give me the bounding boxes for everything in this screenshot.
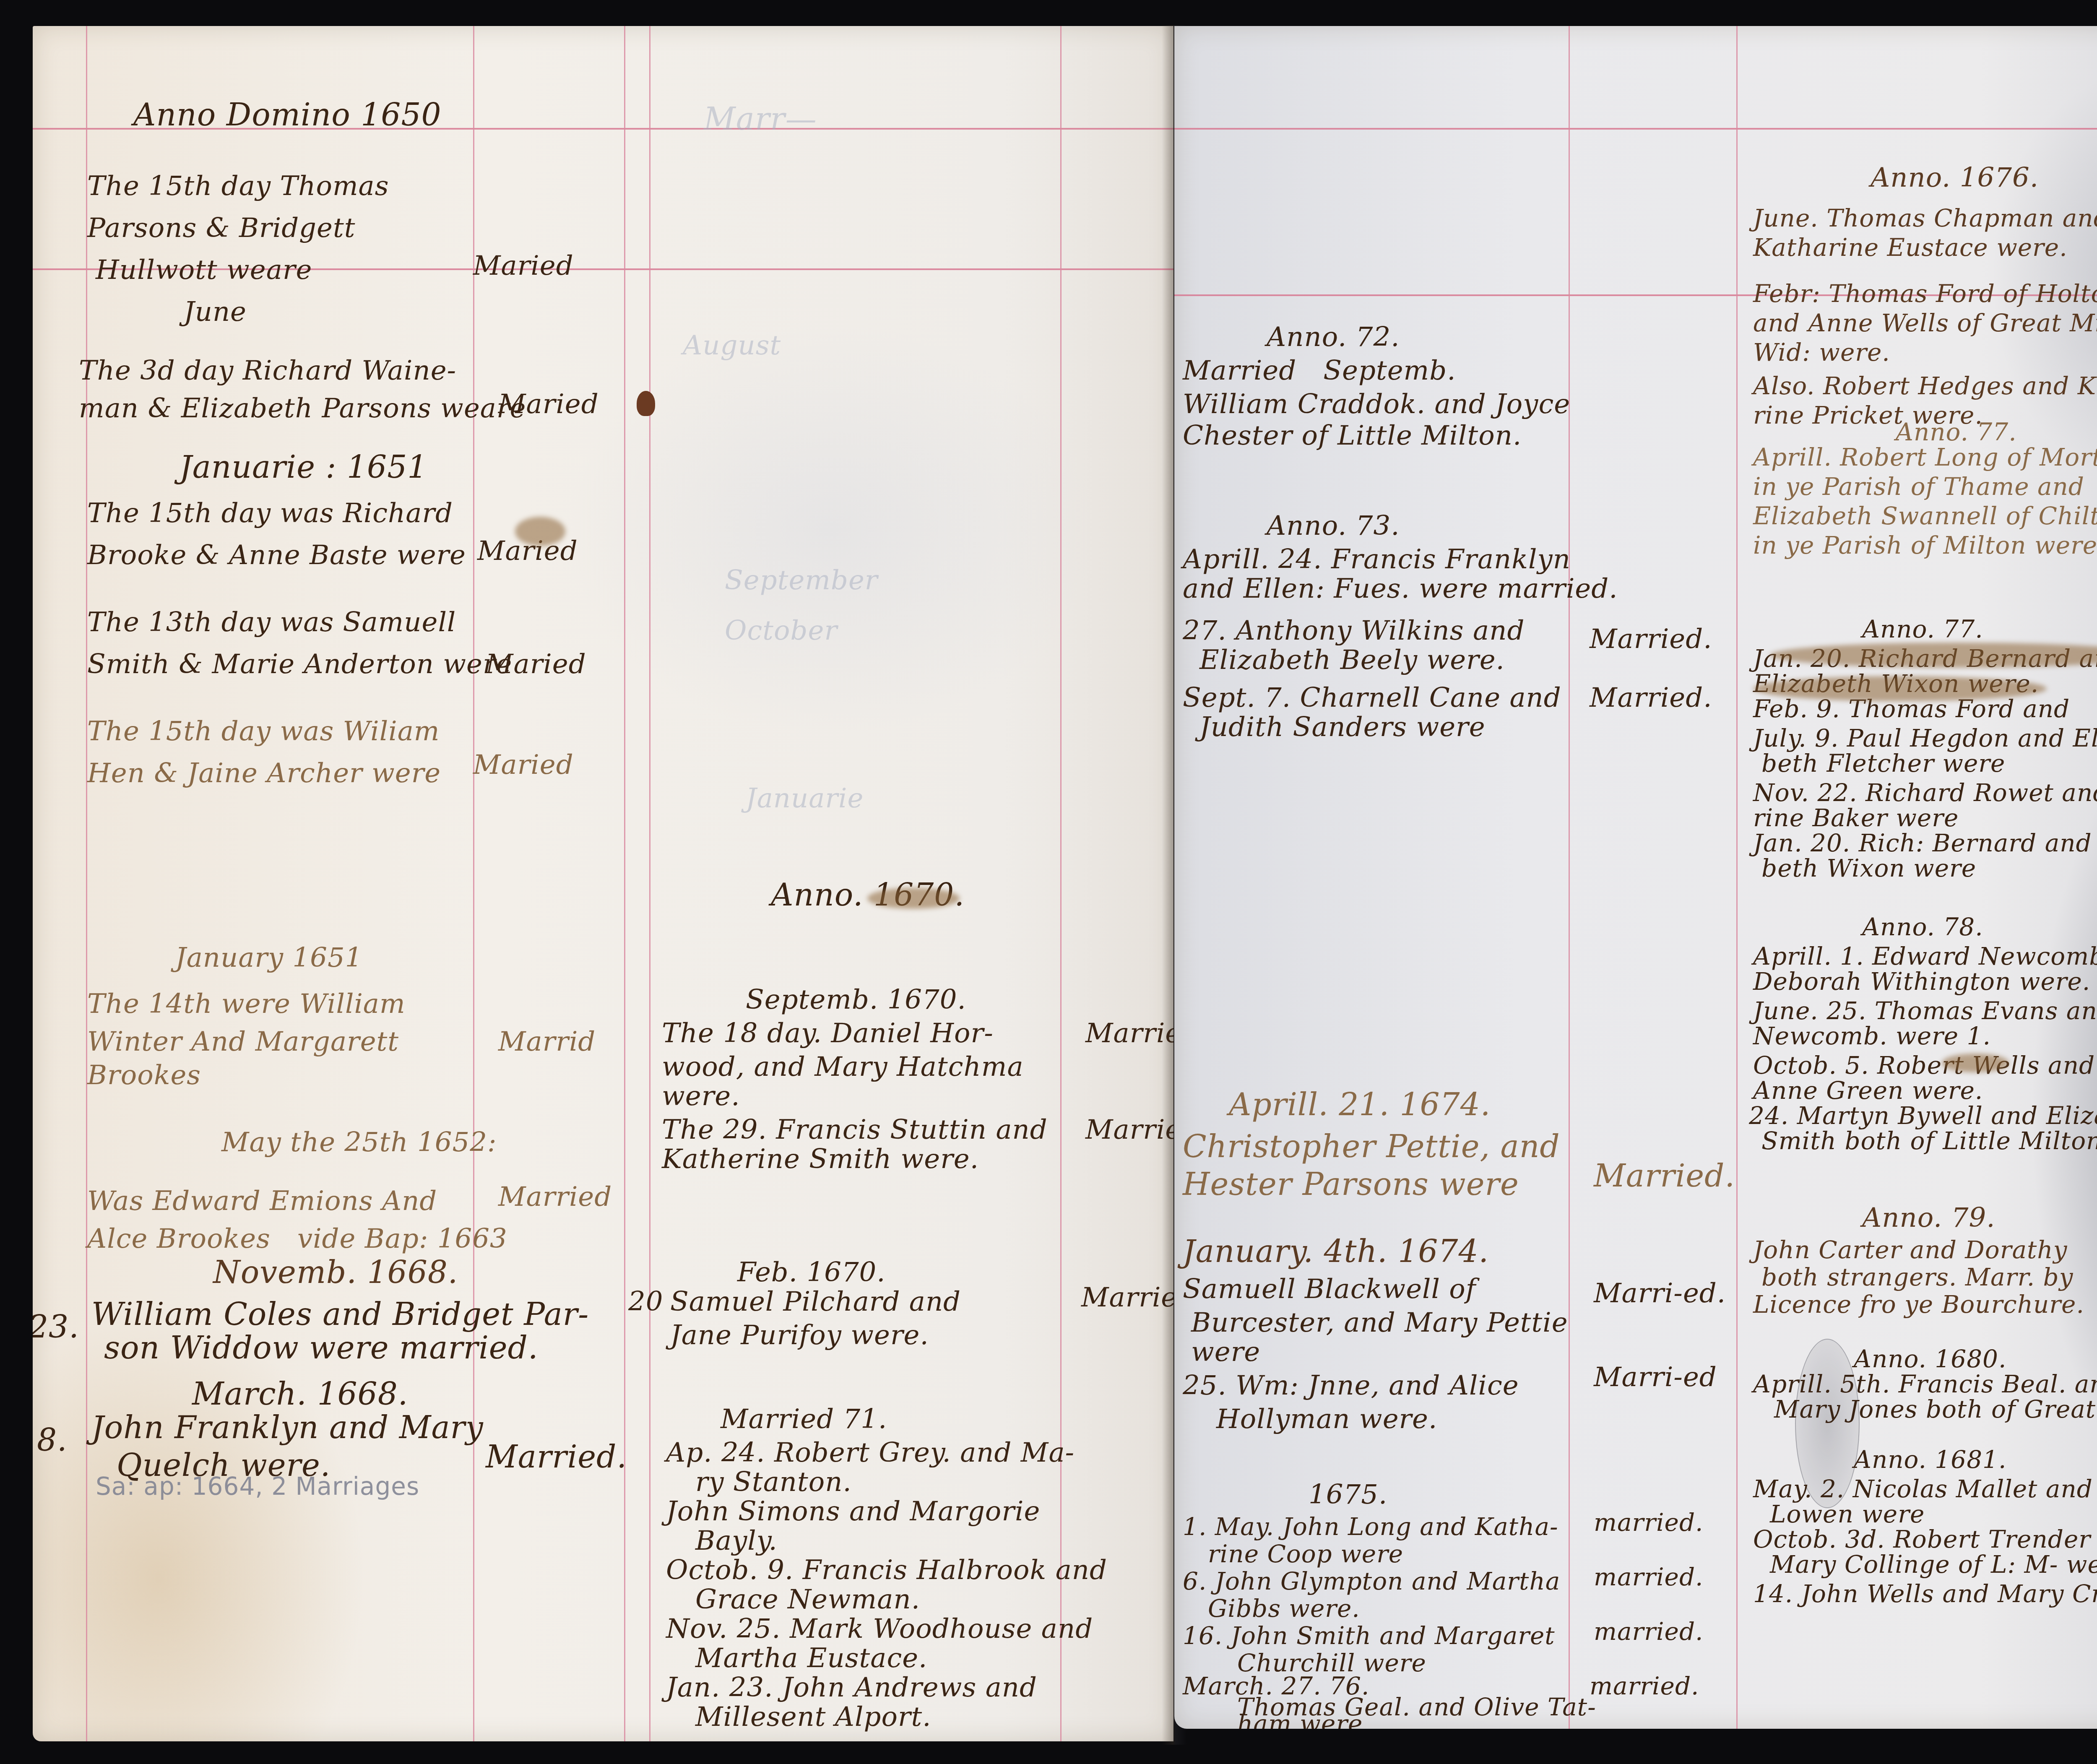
entry-line: beth Fletcher were (1761, 747, 2005, 779)
column-rule (1736, 26, 1738, 1729)
show-through-text: Januarie (746, 781, 864, 816)
entry-line: Christopher Pettie, and (1183, 1129, 1560, 1164)
show-through-text: August (683, 328, 781, 363)
entry-line: and Anne Wells of Great Milton (1753, 307, 2097, 339)
married-label: Marri-ed. (1594, 1276, 1726, 1311)
section-heading: 1675. (1309, 1477, 1387, 1512)
married-label: Married. (486, 1439, 627, 1475)
entry-line: The 15th day Thomas (87, 169, 389, 204)
married-label: Marrid (498, 1024, 596, 1059)
entry-line: in ye Parish of Thame and (1753, 471, 2084, 502)
entry-day: 8. (37, 1423, 68, 1458)
section-heading: January. 4th. 1674. (1183, 1234, 1489, 1269)
month-heading: June (184, 294, 247, 330)
entry-line: The 18 day. Daniel Hor- (662, 1016, 994, 1051)
month-heading: Married 71. (721, 1402, 887, 1437)
entry-line: were. (662, 1079, 740, 1114)
entry-line: Judith Sanders were (1199, 710, 1486, 745)
entry-line: Chester of Little Milton. (1183, 418, 1522, 453)
entry-line: The 14th were William (87, 986, 406, 1022)
show-through-text: October (725, 613, 838, 648)
section-heading: Anno. 1681. (1854, 1444, 2006, 1475)
entry-line: Deborah Withington were. (1753, 965, 2090, 997)
column-rule (624, 26, 625, 1741)
section-heading: Anno. 72. (1267, 320, 1400, 355)
married-label: Married. (1594, 1158, 1735, 1194)
entry-line: William Craddok. and Joyce (1183, 387, 1570, 422)
section-heading: Anno. 73. (1267, 508, 1400, 544)
entry-line: The 15th day was Richard (87, 496, 453, 531)
entry-line: Hollyman were. (1216, 1402, 1437, 1437)
entry-line: in ye Parish of Milton were. (1753, 529, 2097, 561)
entry-line: Samuell Blackwell of (1183, 1272, 1476, 1307)
struck-out-smudge (867, 888, 960, 909)
section-heading: Anno. 79. (1862, 1200, 1996, 1236)
strike-smudge (1942, 1054, 2009, 1072)
entry-line: were (1191, 1335, 1260, 1370)
married-label: married. (1594, 1616, 1703, 1647)
entry-line: 25. Wm: Jnne, and Alice (1183, 1368, 1519, 1403)
entry-line: Elizabeth Beely were. (1199, 643, 1505, 678)
entry-line: William Coles and Bridget Par- (91, 1297, 589, 1332)
strike-smudge (1753, 676, 2047, 701)
entry-line: Katherine Smith were. (662, 1142, 979, 1177)
entry-line: Jane Purifoy were. (670, 1318, 929, 1353)
entry-day: 23. (33, 1309, 79, 1345)
entry-line: Smith both of Little Milton were. (1761, 1125, 2097, 1157)
header-rule-top (1174, 128, 2097, 130)
column-rule (649, 26, 650, 1741)
entry-line: and Ellen: Fues. were married. (1183, 571, 1618, 606)
show-through-text: Marr— (704, 101, 817, 137)
married-label: Married (1081, 1280, 1173, 1315)
entry-line: Brooke & Anne Baste were (87, 538, 466, 573)
section-heading: Anno Domino 1650 (133, 97, 442, 133)
month-heading: January 1651 (175, 940, 362, 976)
entry-line: Hester Parsons were (1183, 1167, 1519, 1202)
entry-line: Febr: Thomas Ford of Holton (1753, 278, 2097, 310)
show-through-text: September (725, 563, 878, 598)
married-label: Married (1085, 1112, 1173, 1147)
entry-line: The 3d day Richard Waine- (79, 353, 456, 388)
entry-day: 20 (628, 1284, 663, 1319)
entry-line: Hen & Jaine Archer were (87, 756, 441, 791)
month-heading: Novemb. 1668. (213, 1255, 458, 1290)
entry-line: The 15th day was Wiliam (87, 714, 440, 749)
married-label: married. (1590, 1670, 1699, 1702)
entry-line: June. Thomas Chapman and (1753, 202, 2097, 234)
entry-line: Hullwott weare (96, 252, 312, 288)
entry-line: Mary Jones both of Great Milton. (1774, 1393, 2097, 1425)
entry-line: Alce Brookes vide Bap: 1663 (87, 1221, 507, 1257)
section-heading: Anno. 1676. (1871, 160, 2039, 195)
entry-line: Was Edward Emions And (87, 1184, 437, 1219)
ink-blot (637, 391, 655, 416)
married-label: Maried (473, 248, 574, 284)
column-rule (1060, 26, 1062, 1741)
right-page: 128 Anno. 72. Married Septemb. William C… (1174, 26, 2097, 1729)
married-label: Maried (473, 747, 574, 783)
married-label: married. (1594, 1561, 1703, 1593)
entry-line: ham were. (1237, 1708, 1371, 1729)
married-label: Maried (498, 387, 599, 422)
month-heading: May the 25th 1652: (221, 1125, 497, 1160)
entry-line: Also. Robert Hedges and Katha- (1753, 370, 2097, 402)
entry-line: Millesent Alport. (695, 1699, 931, 1735)
section-heading: Aprill. 21. 1674. (1229, 1087, 1491, 1122)
entry-line: John Franklyn and Mary (91, 1410, 484, 1445)
married-label: Married. (1590, 622, 1712, 657)
married-label: Married (498, 1179, 612, 1215)
entry-line: son Widdow were married. (104, 1330, 539, 1366)
entry-line: Elizabeth Swannell of Chilton (1753, 500, 2097, 532)
month-heading: Septemb. 1670. (746, 982, 966, 1017)
column-rule (1569, 26, 1570, 1729)
entry-line: beth Wixon were (1761, 852, 1976, 884)
entry-line: Wid: were. (1753, 336, 1890, 368)
entry-line: Smith & Marie Anderton were (87, 647, 512, 682)
entry-line: Married Septemb. (1183, 353, 1456, 388)
entry-line: Newcomb. were 1. (1753, 1020, 1991, 1052)
entry-line: man & Elizabeth Parsons weare (79, 391, 526, 426)
left-page: Marr— August September October Januarie … (33, 26, 1173, 1741)
married-label: Married. (1590, 680, 1712, 715)
section-heading: Anno. 77. (1862, 613, 1983, 645)
married-label: married. (1594, 1506, 1703, 1538)
married-label: Maried (486, 647, 586, 682)
month-heading: March. 1668. (192, 1376, 408, 1412)
entry-line: Licence fro ye Bourchure. (1753, 1288, 2084, 1320)
entry-line: Winter And Margarett (87, 1024, 399, 1059)
married-label: Marri-ed (1594, 1360, 1717, 1395)
ink-smudge (515, 517, 565, 546)
entry-line: Parsons & Bridgett (87, 211, 355, 246)
pencil-annotation: Sa: ap: 1664, 2 Marriages (96, 1469, 419, 1504)
margin-rule (86, 26, 87, 1741)
married-label: Married (1085, 1016, 1173, 1051)
section-heading: Anno. 78. (1862, 911, 1983, 943)
month-heading: Januarie : 1651 (180, 450, 427, 485)
entry-line: Aprill. Robert Long of Morton (1753, 441, 2097, 473)
entry-line: Brookes (87, 1058, 201, 1093)
entry-line: 14. John Wells and Mary Crosse. (1753, 1578, 2097, 1610)
entry-line: The 13th day was Samuell (87, 605, 456, 640)
entry-line: Katharine Eustace were. (1753, 232, 2068, 263)
entry-line: Samuel Pilchard and (670, 1284, 961, 1319)
entry-line: Mary Collinge of L: M- were (1770, 1548, 2097, 1580)
